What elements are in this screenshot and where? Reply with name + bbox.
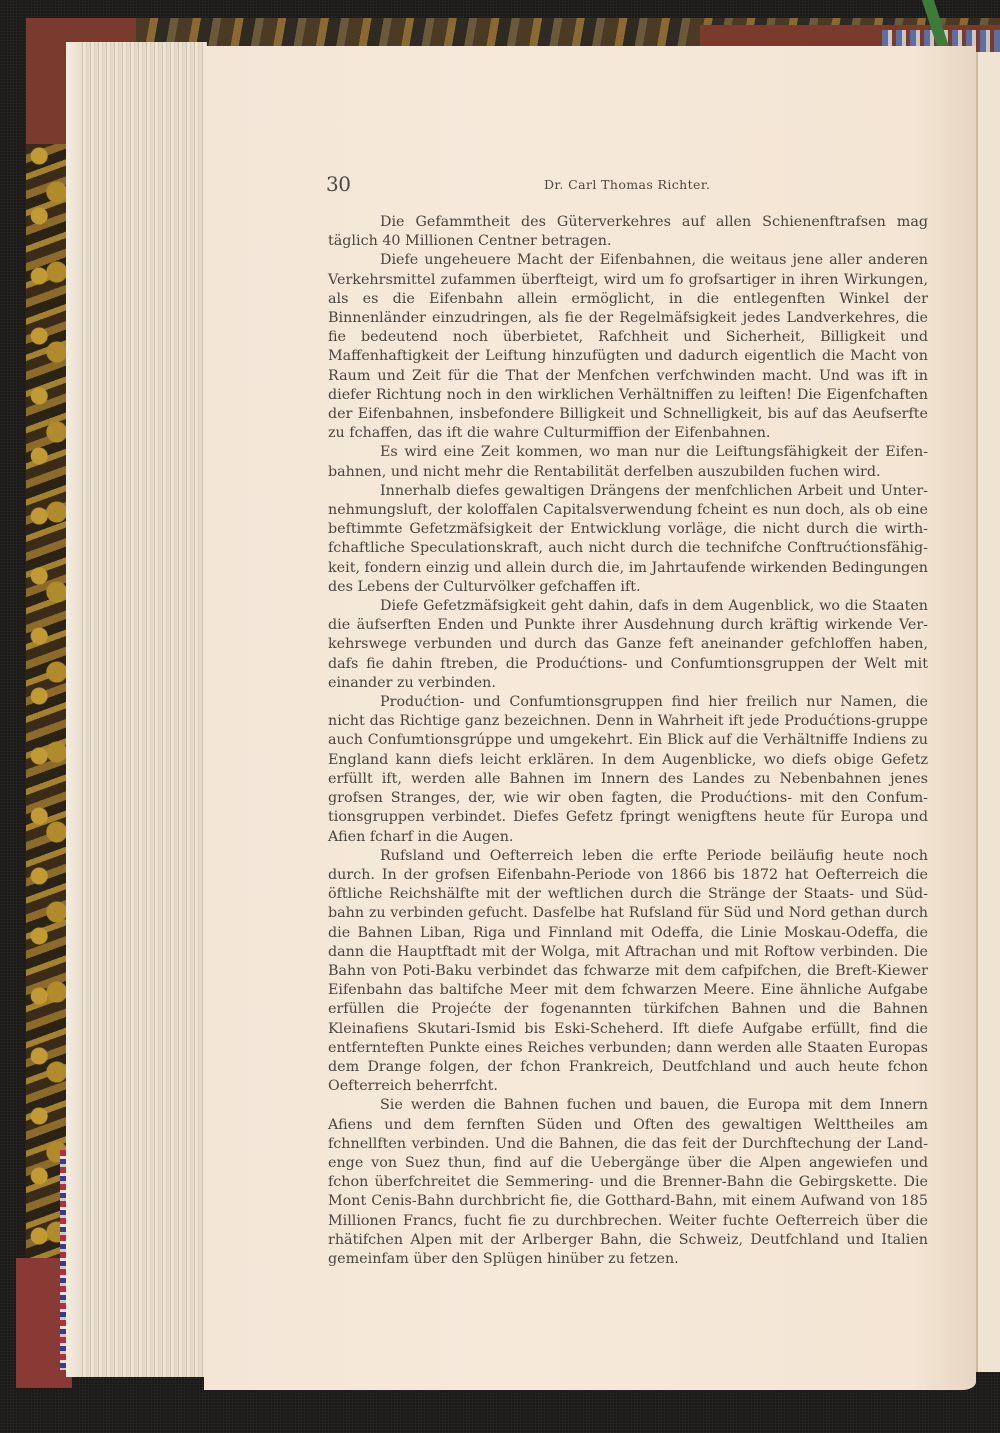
next-page-edge bbox=[976, 52, 1000, 1372]
paragraph: Diefe Gefetzmäfsigkeit geht dahin, dafs … bbox=[328, 597, 928, 693]
paragraph: Die Gefammtheit des Güterverkehres auf a… bbox=[328, 213, 928, 251]
page-header: 30 Dr. Carl Thomas Richter. bbox=[326, 172, 936, 196]
page-block-edge bbox=[66, 42, 82, 1377]
paragraph: Es wird eine Zeit kommen, wo man nur die… bbox=[328, 443, 928, 481]
page-number: 30 bbox=[326, 172, 350, 196]
paragraph: Diefe ungeheuere Macht der Eifenbahnen, … bbox=[328, 251, 928, 443]
body-text: Die Gefammtheit des Güterverkehres auf a… bbox=[328, 213, 928, 1269]
running-head: Dr. Carl Thomas Richter. bbox=[544, 177, 710, 192]
paragraph: Sie werden die Bahnen fuchen und bauen, … bbox=[328, 1096, 928, 1269]
paragraph: Innerhalb diefes gewaltigen Drängens der… bbox=[328, 482, 928, 597]
book-cover-left-marble bbox=[26, 144, 70, 1258]
paragraph: Rufsland und Oefterreich leben die erfte… bbox=[328, 847, 928, 1097]
page-block-stack bbox=[66, 42, 207, 1377]
paragraph: Produćtion- und Confumtionsgruppen find … bbox=[328, 693, 928, 847]
